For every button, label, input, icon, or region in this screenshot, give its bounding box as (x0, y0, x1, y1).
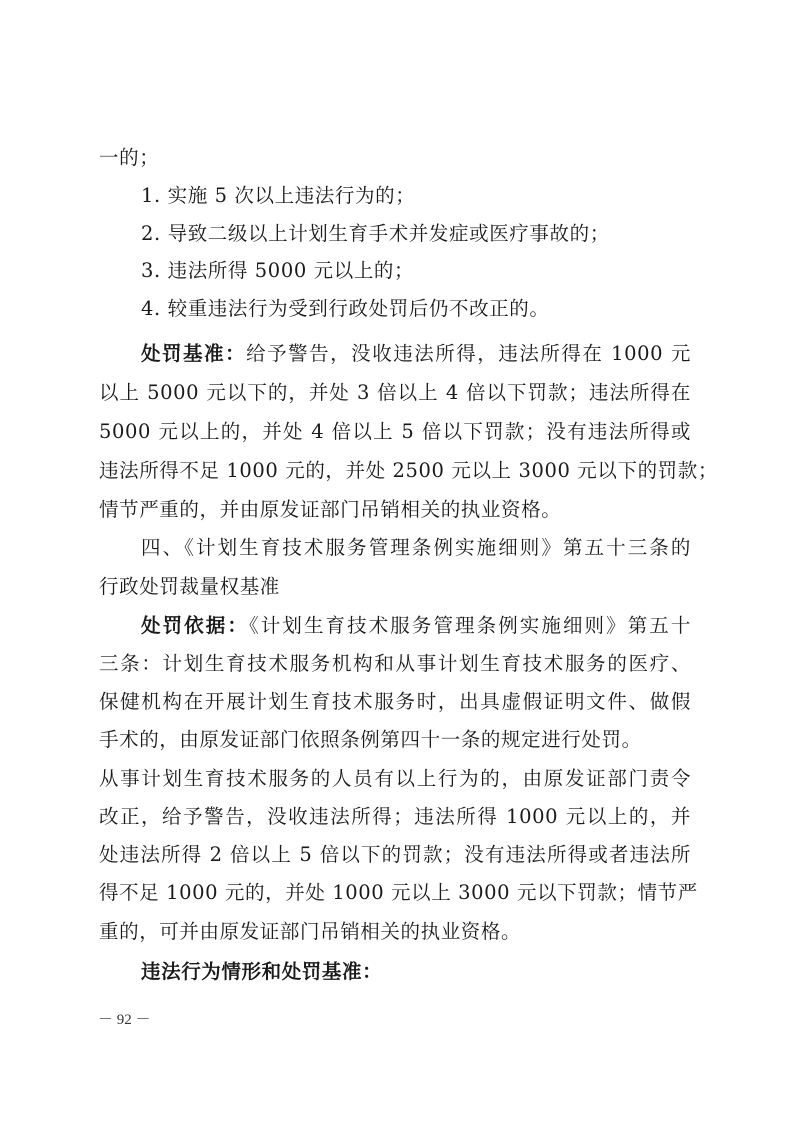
text-line: 改正，给予警告，没收违法所得；违法所得 1000 元以上的，并 (99, 805, 691, 829)
text-line: 手术的，由原发证部门依照条例第四十一条的规定进行处罚。 (99, 728, 691, 752)
list-item: 2. 导致二级以上计划生育手术并发症或医疗事故的； (141, 222, 691, 246)
document-page: 一的； 1. 实施 5 次以上违法行为的； 2. 导致二级以上计划生育手术并发症… (0, 0, 793, 1122)
text-line: 一的； (99, 146, 691, 170)
text-line: 保健机构在开展计划生育技术服务时，出具虚假证明文件、做假 (99, 690, 691, 714)
text-line: 得不足 1000 元的，并处 1000 元以上 3000 元以下罚款；情节严 (99, 881, 691, 905)
page-number: － 92 － (98, 1008, 151, 1029)
section-heading: 四、《计划生育技术服务管理条例实施细则》第五十三条的 (141, 536, 691, 560)
list-item: 4. 较重违法行为受到行政处罚后仍不改正的。 (141, 297, 691, 321)
text-line: 违法行为情形和处罚基准： (141, 960, 691, 984)
text-line: 处罚基准：给予警告，没收违法所得，违法所得在 1000 元 (141, 342, 691, 366)
text-line: 重的，可并由原发证部门吊销相关的执业资格。 (99, 920, 691, 944)
section-heading: 行政处罚裁量权基准 (99, 575, 691, 599)
text-line: 情节严重的，并由原发证部门吊销相关的执业资格。 (99, 498, 691, 522)
list-item: 1. 实施 5 次以上违法行为的； (141, 184, 691, 208)
section-label: 违法行为情形和处罚基准： (141, 960, 382, 983)
section-label: 处罚依据： (141, 614, 249, 637)
text-line: 以上 5000 元以下的，并处 3 倍以上 4 倍以下罚款；违法所得在 (99, 381, 691, 405)
text-line: 处违法所得 2 倍以上 5 倍以下的罚款；没有违法所得或者违法所 (99, 843, 691, 867)
text-line: 5000 元以上的，并处 4 倍以上 5 倍以下罚款；没有违法所得或 (99, 420, 691, 444)
text-line: 从事计划生育技术服务的人员有以上行为的，由原发证部门责令 (99, 767, 691, 791)
text-line: 三条：计划生育技术服务机构和从事计划生育技术服务的医疗、 (99, 652, 691, 676)
text-line: 违法所得不足 1000 元的，并处 2500 元以上 3000 元以下的罚款； (99, 459, 691, 483)
list-item: 3. 违法所得 5000 元以上的； (141, 259, 691, 283)
text-line: 处罚依据：《计划生育技术服务管理条例实施细则》第五十 (141, 614, 691, 638)
section-label: 处罚基准： (141, 342, 246, 365)
